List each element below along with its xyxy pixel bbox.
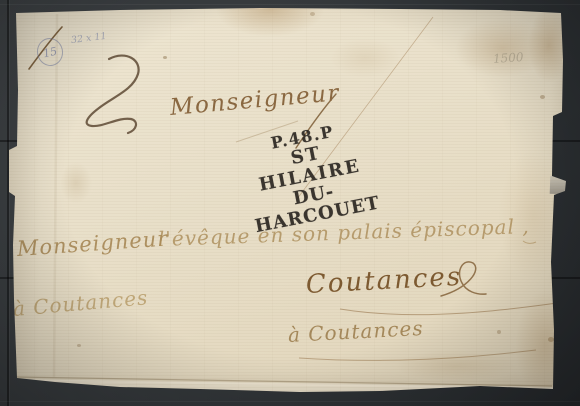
vertical-fold-crease <box>54 14 57 377</box>
pencil-faint-number: 1500 <box>493 50 524 66</box>
letter-paper: 15 32 x 11 1500 Monseigneur Monseigneur … <box>0 0 580 406</box>
photo-frame: 15 32 x 11 1500 Monseigneur Monseigneur … <box>0 0 580 406</box>
background-seam-top <box>0 4 580 5</box>
pen-paraph-squiggle <box>87 56 139 133</box>
comma-mark <box>523 241 536 243</box>
background-seam-left-highlight <box>9 0 10 406</box>
pencil-circled-number-text: 15 <box>42 44 58 60</box>
background-seam-bottom <box>0 401 580 402</box>
lower-underline-flourish <box>299 350 536 360</box>
city-underline-flourish <box>340 300 578 315</box>
